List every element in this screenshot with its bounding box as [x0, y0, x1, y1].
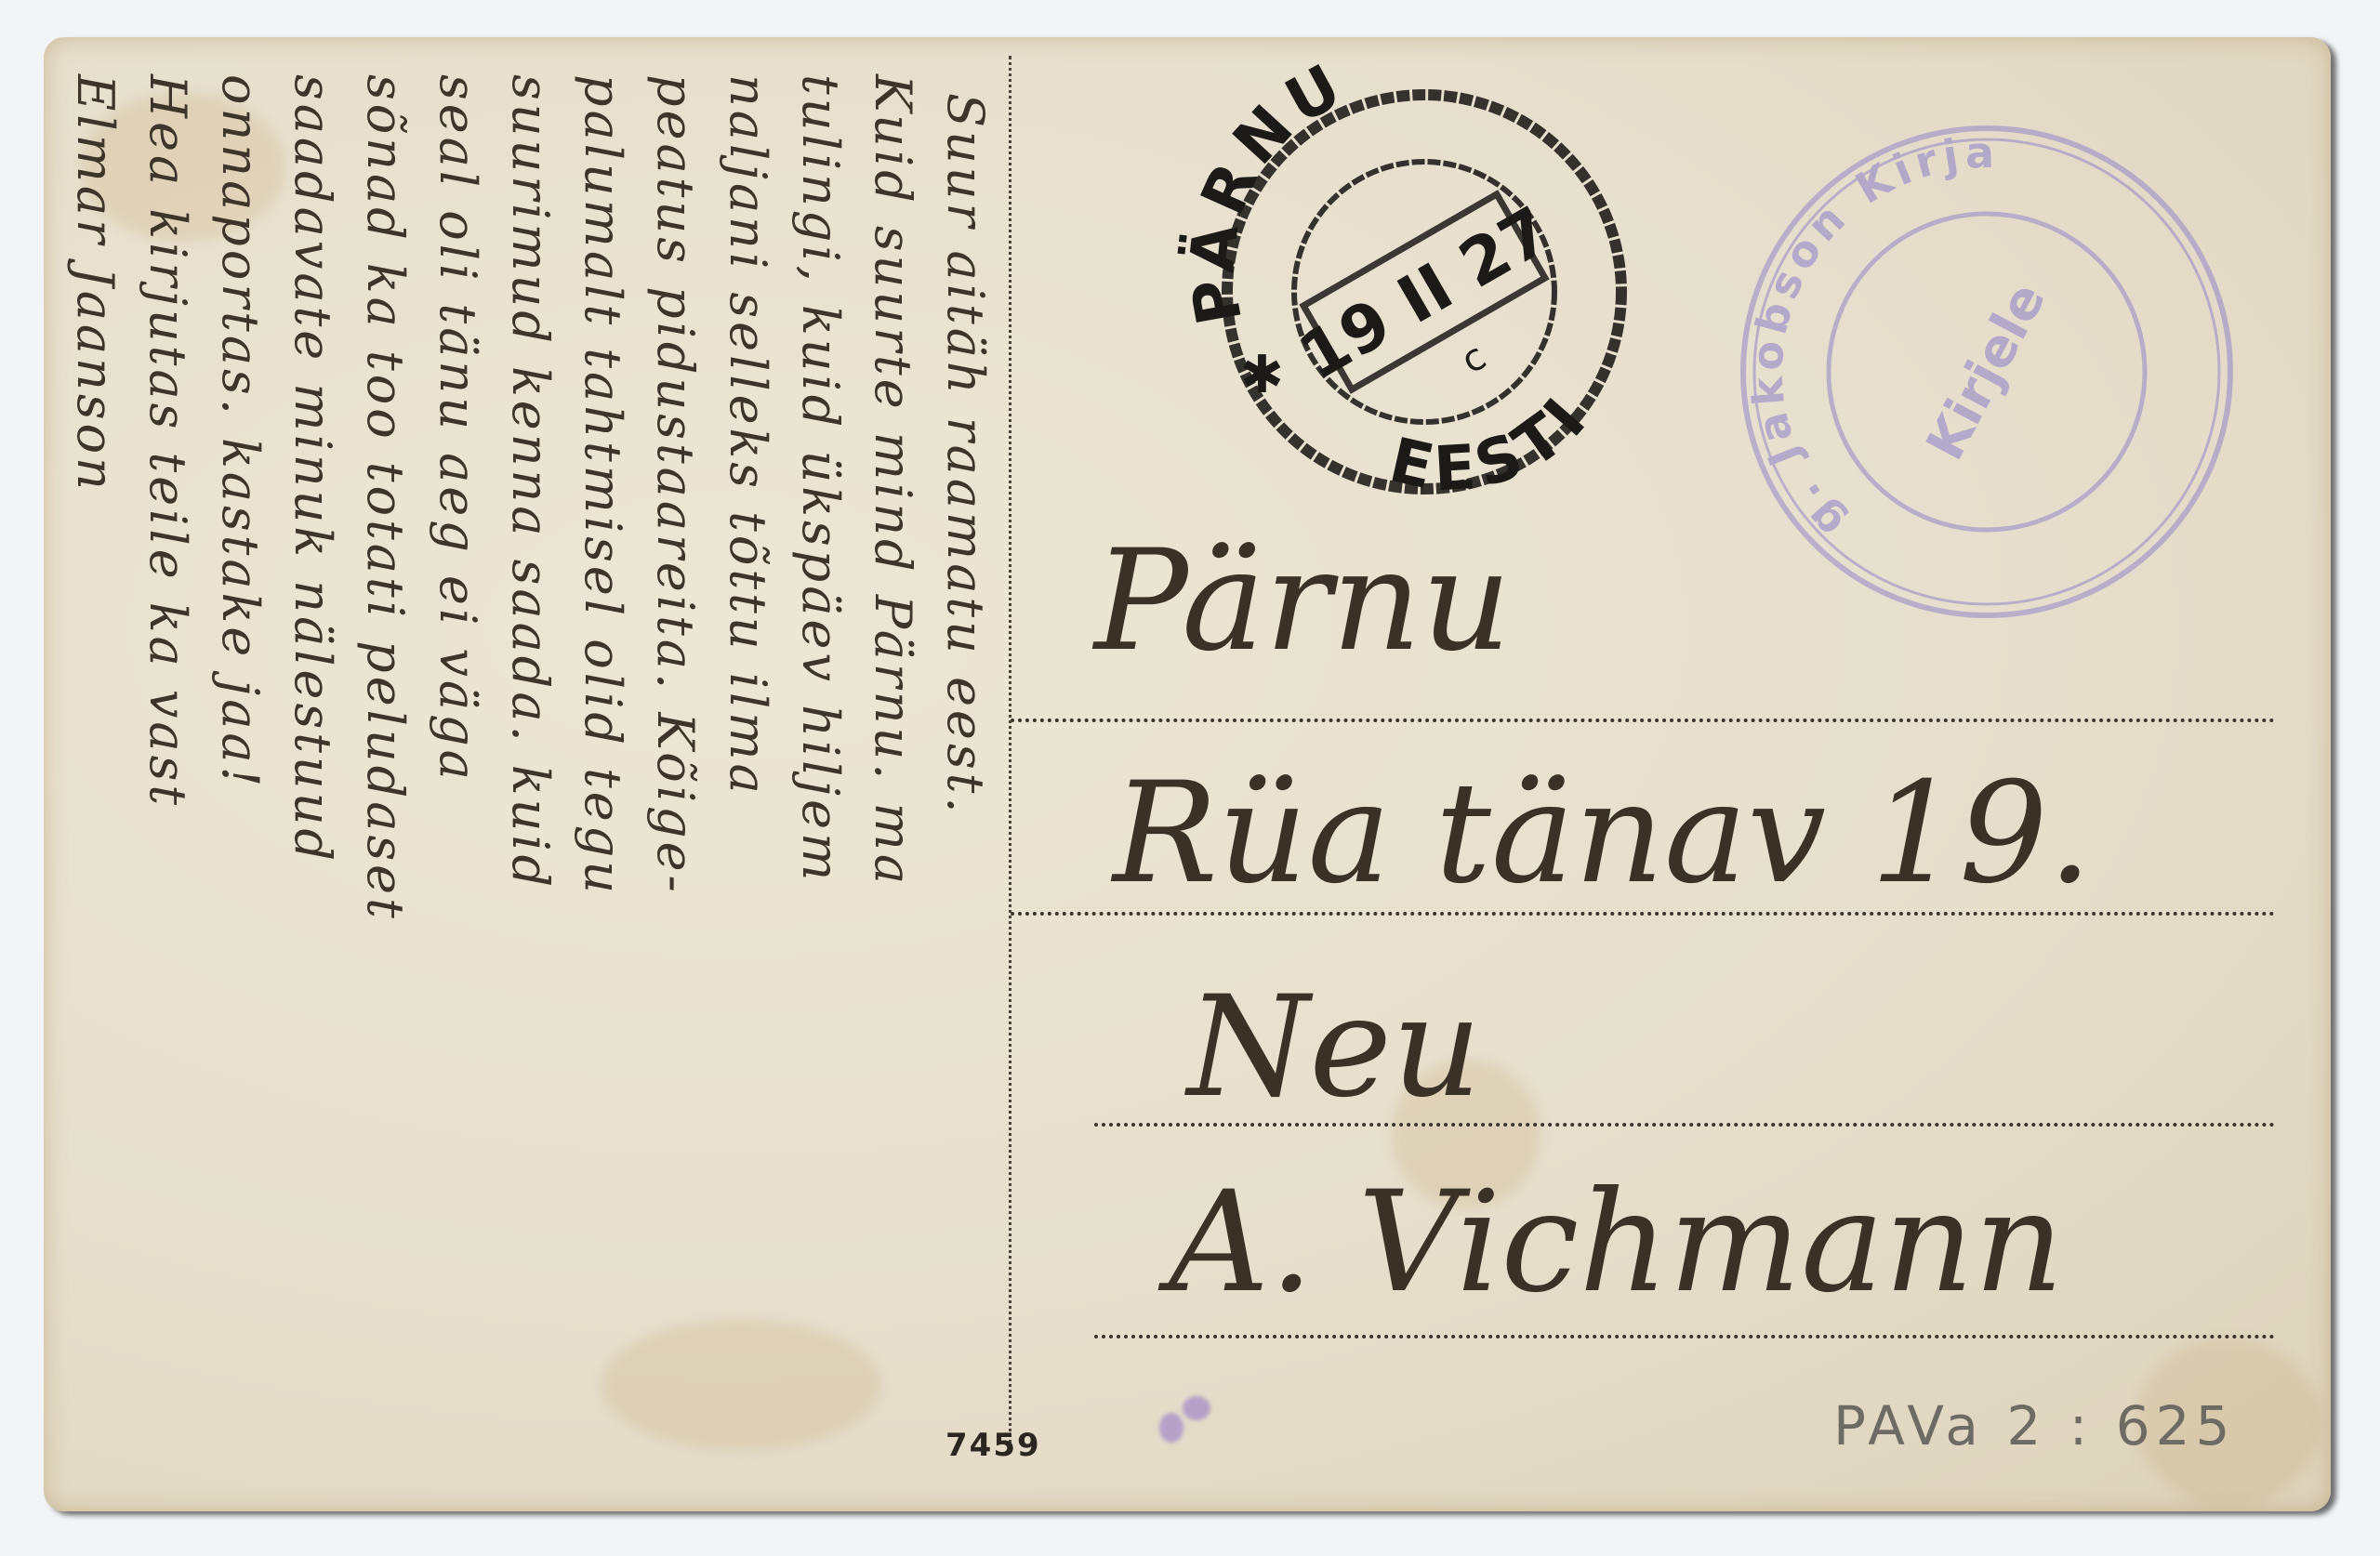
seal-center-text: Kirjele [1915, 273, 2057, 469]
message-line: tulingi, kuid ükspäev hiljem [784, 74, 856, 1469]
handwritten-message: Suur aitäh raamatu eest. Kuid suurte min… [109, 74, 1001, 1469]
print-number: 7459 [945, 1427, 1041, 1464]
message-line: saadavate minuk nälestuud [276, 74, 349, 1469]
message-line: Kuid suurte mind Pärnu. ma [856, 74, 929, 1469]
message-line: naljani selleks tõttu ilma [711, 74, 784, 1469]
ink-spot [1183, 1396, 1210, 1420]
address-line-4 [1094, 1335, 2275, 1338]
address-street: Rüa tänav 19. [1113, 753, 2092, 915]
violet-seal-stamp: g. Jakobson Kirjastus Kirjele [1708, 93, 2266, 651]
message-line: seal oli tänu aeg ei väga [421, 74, 494, 1469]
message-line: Suur aitäh raamatu eest. [929, 74, 1001, 1469]
svg-text:g. Jakobson Kirjastus: g. Jakobson Kirjastus [1708, 93, 2001, 547]
message-address-divider [1009, 56, 1011, 1450]
message-line: peatus pidustaareita. Kõige- [639, 74, 711, 1469]
message-line: onnaportas. kastake jaa! [204, 74, 276, 1469]
address-city: Pärnu [1094, 521, 1512, 682]
ink-spot [1159, 1413, 1183, 1443]
message-line: suurimud kenna saada. kuid [494, 74, 566, 1469]
postcard-back: Suur aitäh raamatu eest. Kuid suurte min… [44, 37, 2331, 1511]
message-line: Hea kirjutas teile ka vast [131, 74, 204, 1469]
message-line: sõnad ka too totati peludaset [349, 74, 421, 1469]
message-line: palumalt tahtmisel olid tegu [566, 74, 639, 1469]
address-line-1 [1011, 719, 2275, 722]
message-signature: Elmar Jaanson [59, 74, 131, 1469]
seal-outer-text: g. Jakobson Kirjastus [1708, 93, 2001, 547]
address-recipient: A. Vichmann [1169, 1162, 2064, 1324]
address-country: Neu [1187, 967, 1482, 1128]
archive-pencil-note: PAVa 2 : 625 [1833, 1394, 2235, 1457]
postmark-stamp: 19 II 27 c PÄRNU EESTI ✱ [1155, 41, 1675, 506]
postmark-star-icon: ✱ [1240, 345, 1284, 405]
postmark-letter: c [1454, 336, 1493, 383]
